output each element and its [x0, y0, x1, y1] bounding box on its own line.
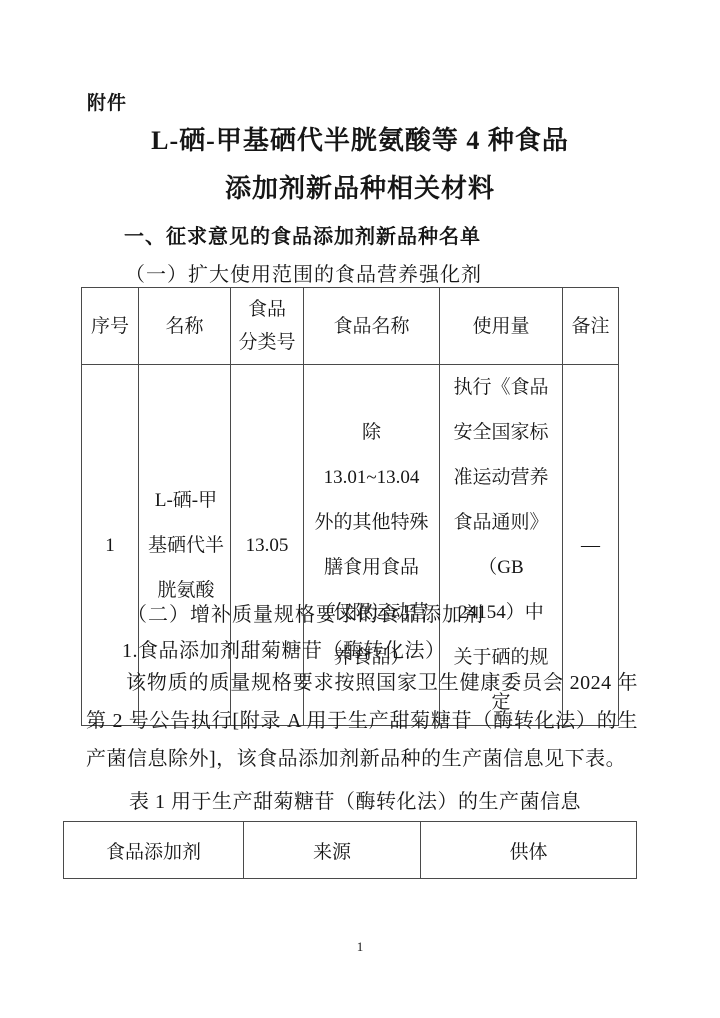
subsection-2-heading: （二）增补质量规格要求的食品添加剂 — [127, 598, 484, 627]
strain-table-header-row: 食品添加剂 来源 供体 — [64, 822, 637, 879]
header-source: 来源 — [244, 822, 421, 879]
header-remark: 备注 — [563, 288, 619, 365]
header-name: 名称 — [139, 288, 231, 365]
header-food-name: 食品名称 — [304, 288, 440, 365]
body-paragraph: 该物质的质量规格要求按照国家卫生健康委员会 2024 年第 2 号公告执行[附录… — [86, 664, 638, 778]
header-usage: 使用量 — [440, 288, 563, 365]
additive-table-header-row: 序号 名称 食品 分类号 食品名称 使用量 备注 — [82, 288, 619, 365]
item-1-heading: 1.食品添加剂甜菊糖苷（酶转化法） — [122, 634, 446, 663]
header-category-code: 食品 分类号 — [231, 288, 304, 365]
section-1-heading: 一、征求意见的食品添加剂新品种名单 — [124, 220, 481, 249]
document-title: L-硒-甲基硒代半胱氨酸等 4 种食品 添加剂新品种相关材料 — [0, 117, 720, 213]
document-page: 附件 L-硒-甲基硒代半胱氨酸等 4 种食品 添加剂新品种相关材料 一、征求意见… — [0, 0, 720, 1018]
strain-table-caption: 表 1 用于生产甜菊糖苷（酶转化法）的生产菌信息 — [0, 785, 710, 814]
document-title-line1: L-硒-甲基硒代半胱氨酸等 4 种食品 — [0, 117, 720, 165]
subsection-1-heading: （一）扩大使用范围的食品营养强化剂 — [125, 258, 482, 287]
attachment-label: 附件 — [87, 88, 127, 115]
strain-table: 食品添加剂 来源 供体 — [63, 821, 637, 879]
document-title-line2: 添加剂新品种相关材料 — [0, 165, 720, 213]
header-additive: 食品添加剂 — [64, 822, 244, 879]
page-number: 1 — [0, 939, 720, 955]
header-donor: 供体 — [421, 822, 637, 879]
header-index: 序号 — [82, 288, 139, 365]
